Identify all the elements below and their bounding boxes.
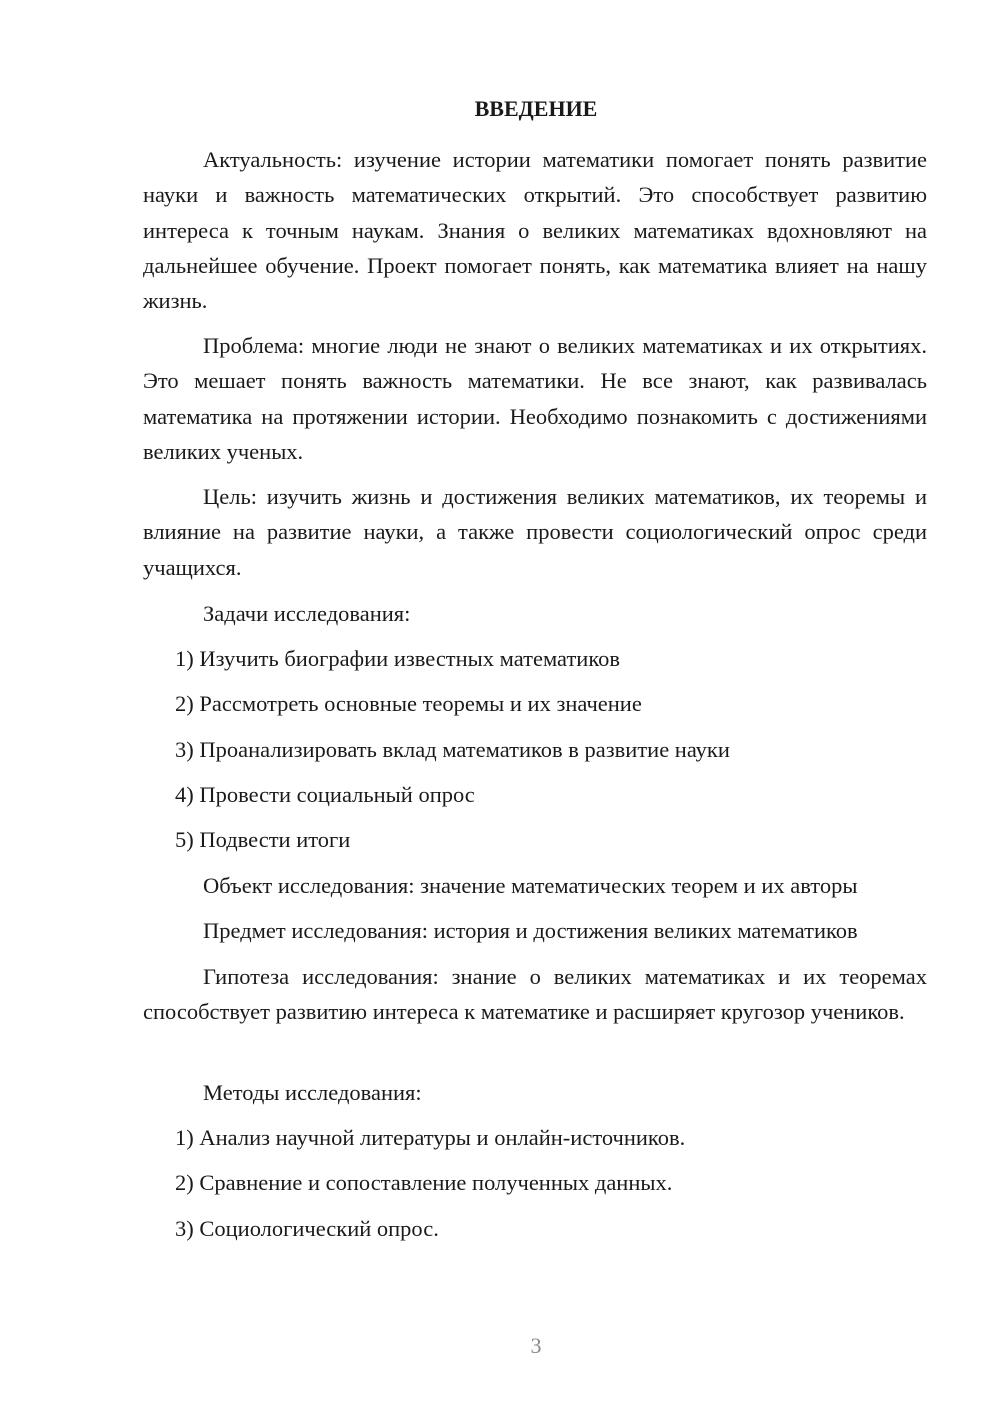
section-title: ВВЕДЕНИЕ [0, 96, 1000, 122]
page-number: 3 [0, 1333, 1000, 1359]
paragraph-goal: Цель: изучить жизнь и достижения великих… [143, 479, 927, 585]
methods-heading: Методы исследования: [203, 1075, 422, 1110]
list-item: 1) Анализ научной литературы и онлайн-ис… [175, 1120, 685, 1155]
paragraph-relevance: Актуальность: изучение истории математик… [143, 142, 927, 318]
tasks-heading: Задачи исследования: [203, 596, 410, 631]
list-item: 1) Изучить биографии известных математик… [175, 641, 620, 676]
paragraph-problem: Проблема: многие люди не знают о великих… [143, 328, 927, 469]
list-item: 5) Подвести итоги [175, 822, 350, 857]
list-item: 2) Рассмотреть основные теоремы и их зна… [175, 686, 642, 721]
list-item: 2) Сравнение и сопоставление полученных … [175, 1165, 672, 1200]
list-item: 3) Проанализировать вклад математиков в … [175, 732, 730, 767]
paragraph-object: Объект исследования: значение математиче… [203, 868, 857, 903]
list-item: 3) Социологический опрос. [175, 1211, 439, 1246]
document-page: ВВЕДЕНИЕ Актуальность: изучение истории … [0, 0, 1000, 1414]
paragraph-subject: Предмет исследования: история и достижен… [203, 913, 858, 948]
paragraph-hypothesis: Гипотеза исследования: знание о великих … [143, 959, 927, 1030]
list-item: 4) Провести социальный опрос [175, 777, 475, 812]
